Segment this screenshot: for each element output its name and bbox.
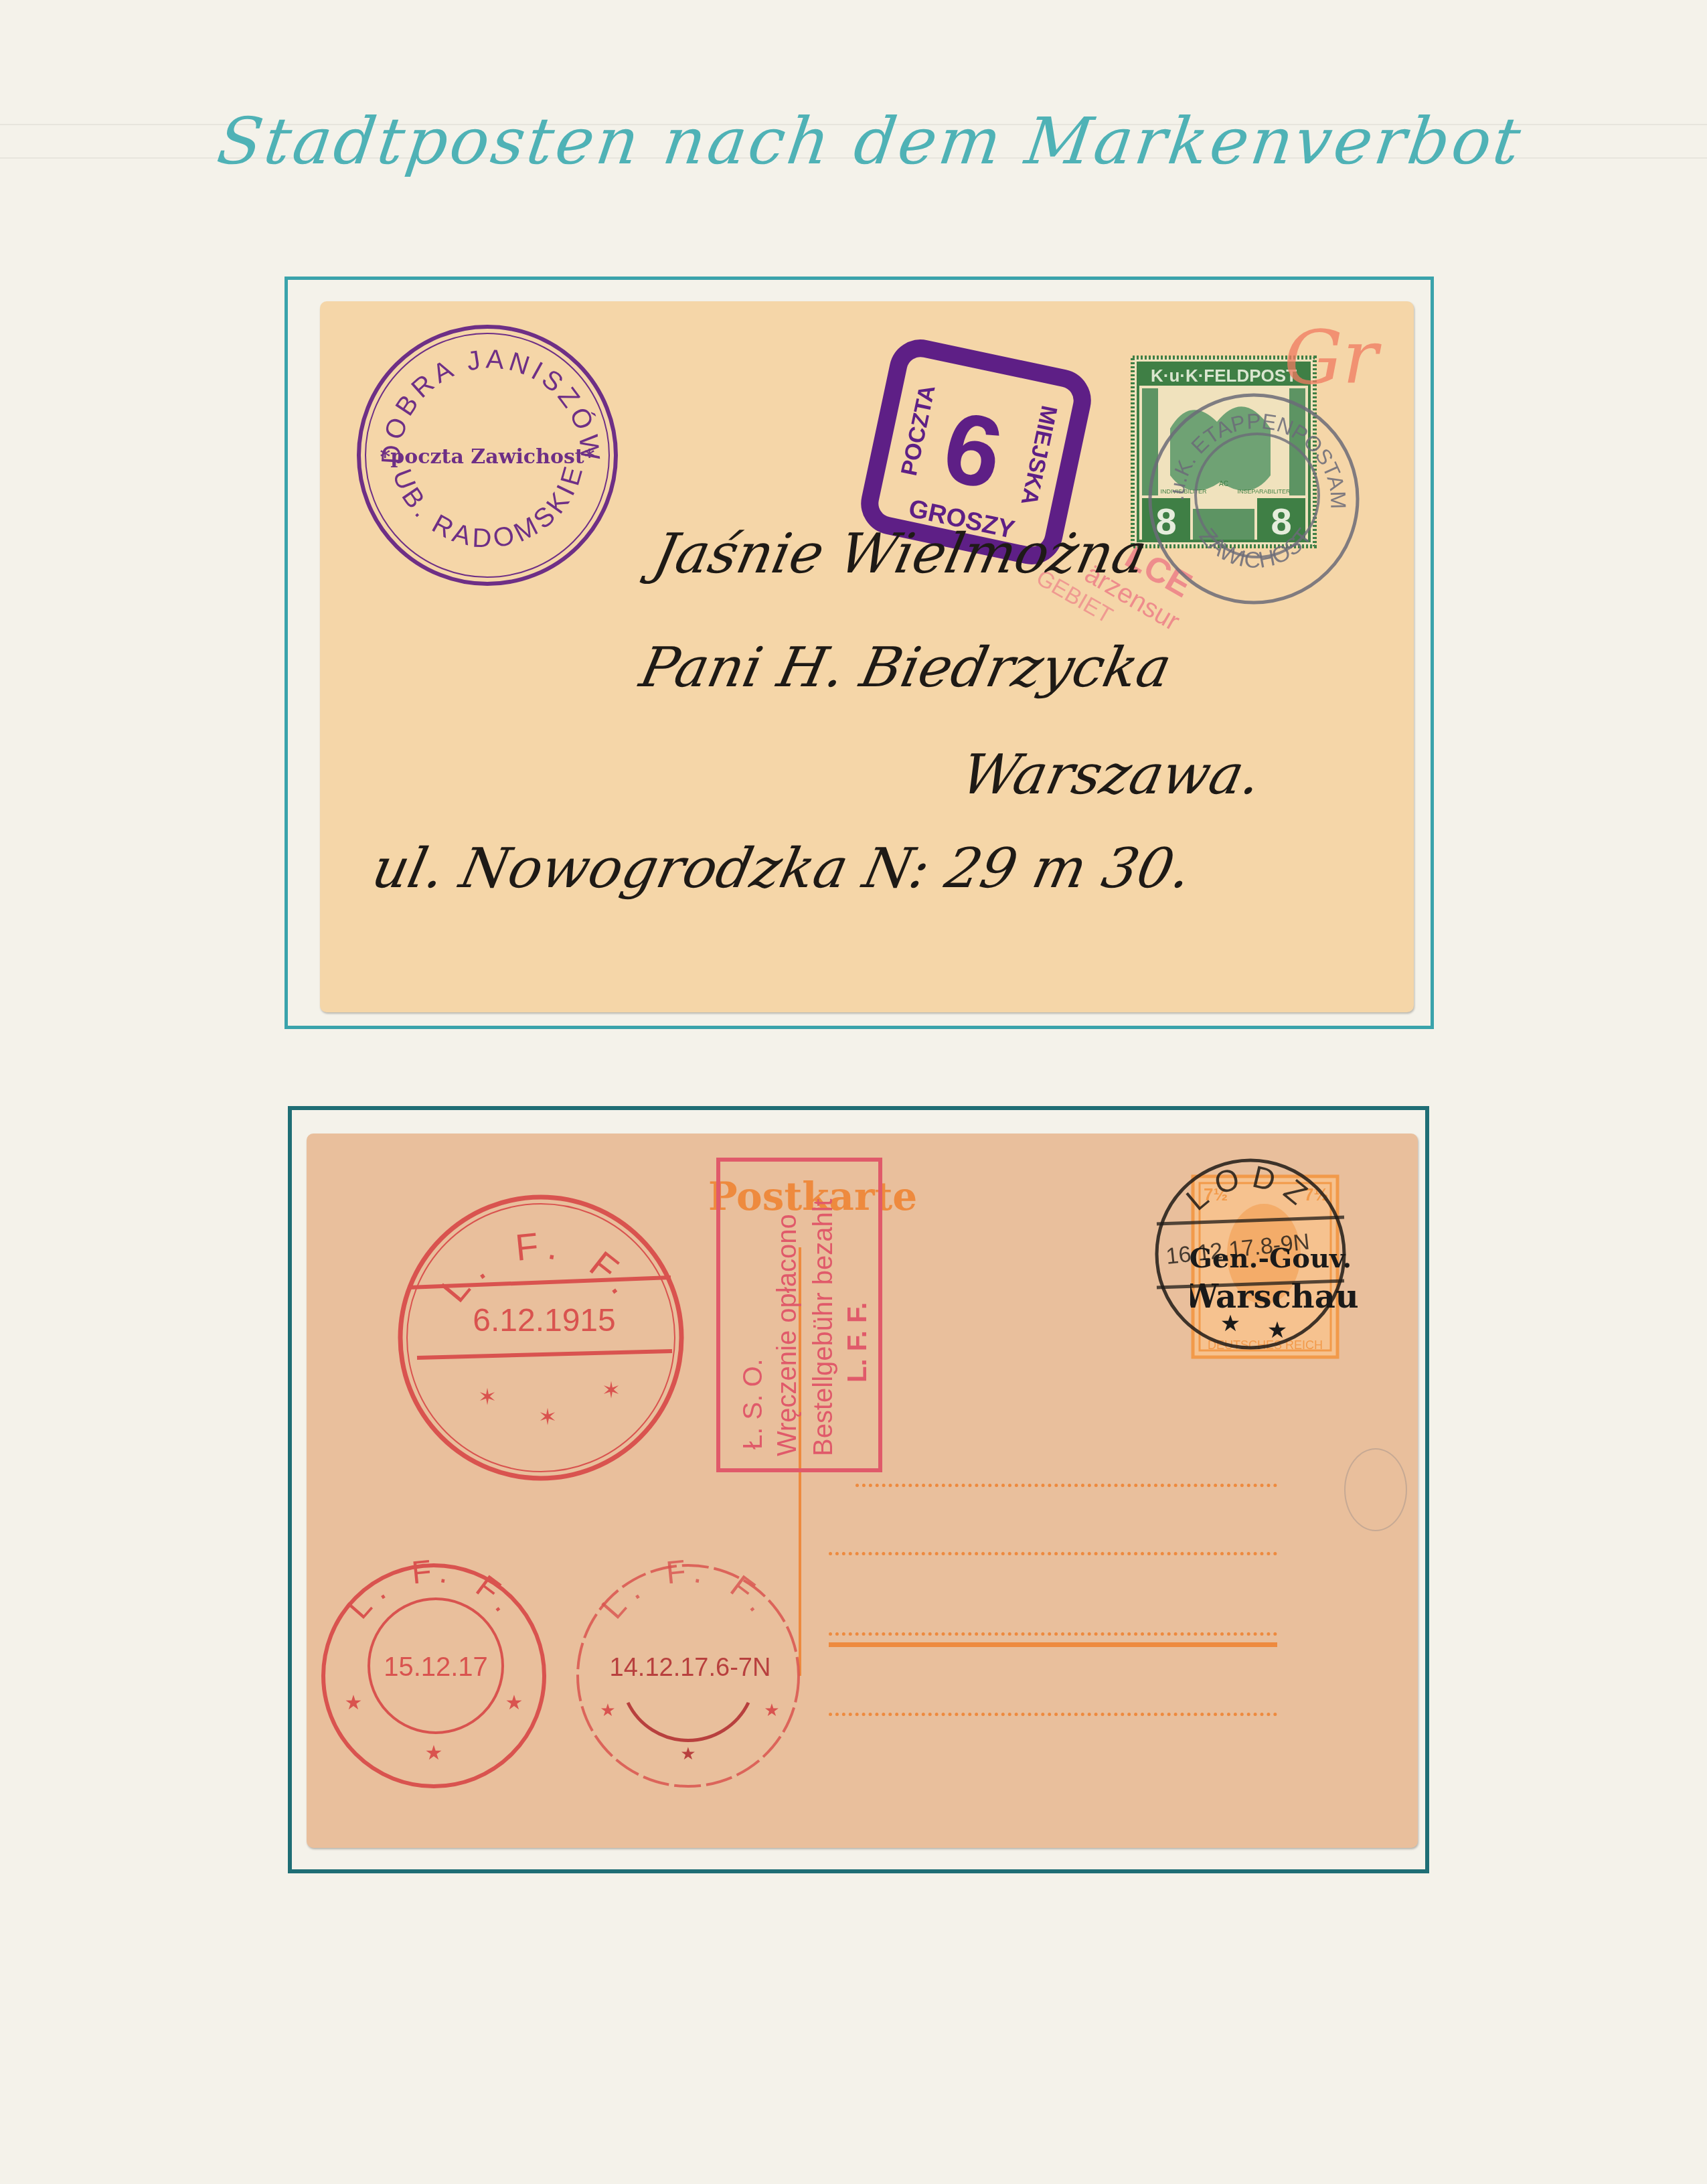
svg-text:✶: ✶ [478,1385,497,1410]
svg-text:L. F. F.: L. F. F. [341,1559,527,1626]
address-line-1 [856,1484,1277,1487]
address-line-1: Jaśnie Wielmożna [648,522,1153,586]
lff-postmark-15-12-17: L. F. F. 15.12.17 ★ ★ ★ [317,1559,558,1800]
etappenpostamt-postmark: K.u.K. ETAPPENPOSTAMT ZAWICHOST [1143,388,1364,609]
svg-text:Ł. S. O.: Ł. S. O. [738,1358,768,1450]
svg-text:L. F. F.: L. F. F. [595,1559,782,1626]
crayon-mark: Gr [1284,315,1378,400]
svg-text:14.12.17.6-7N: 14.12.17.6-7N [610,1654,771,1682]
postcard-feldpost[interactable]: DOBRA JANISZÓW GUB. RADOMSKIEJ *poczta Z… [320,301,1414,1012]
lff-postmark-14-12-17: L. F. F. 14.12.17.6-7N ★ ★ ★ [571,1559,812,1800]
lso-boxed-cachet: Ł. S. O. Wręczenie opłacono Bestellgebüh… [716,1158,882,1472]
svg-text:Bestellgebühr bezahlt: Bestellgebühr bezahlt [809,1198,838,1456]
svg-text:★: ★ [505,1692,523,1714]
svg-text:6.12.1915: 6.12.1915 [473,1303,616,1338]
svg-text:✶: ✶ [602,1378,621,1403]
address-line-3 [829,1632,1277,1636]
svg-text:L. F. F.: L. F. F. [843,1302,872,1383]
svg-text:ZAWICHOST: ZAWICHOST [1194,524,1317,573]
svg-text:★: ★ [345,1692,363,1714]
svg-text:POCZTA: POCZTA [896,383,941,478]
svg-text:15.12.17: 15.12.17 [384,1652,488,1682]
svg-text:★: ★ [764,1700,779,1720]
svg-text:✶: ✶ [538,1405,558,1430]
postcard-gen-gouv-warschau[interactable]: L. F. F. 6.12.1915 ✶ ✶ ✶ Postkarte Ł. S.… [307,1134,1418,1848]
svg-text:★: ★ [600,1700,615,1720]
address-line-solid [829,1642,1277,1647]
estate-cachet: DOBRA JANISZÓW GUB. RADOMSKIEJ *poczta Z… [347,315,628,596]
page-title: Stadtposten nach dem Markenverbot [202,104,1538,179]
svg-text:6: 6 [934,389,1012,511]
svg-text:*poczta Zawichost*: *poczta Zawichost* [380,445,595,469]
address-line-4 [829,1713,1277,1716]
svg-text:K·u·K·FELDPOST: K·u·K·FELDPOST [1151,366,1297,386]
address-line-2: Pani H. Biedrzycka [635,636,1177,700]
address-line-3: Warszawa. [956,743,1267,807]
svg-text:★: ★ [680,1743,696,1764]
lodz-postmark: LODZ 16.12.17.8-9N [1140,1154,1354,1354]
svg-text:Wręczenie opłacono: Wręczenie opłacono [773,1214,802,1456]
svg-text:★: ★ [425,1742,443,1764]
svg-text:L. F. F.: L. F. F. [432,1224,650,1310]
address-line-4: ul. Nowogrodzka N: 29 m 30. [367,837,1198,901]
pencil-circle-mark [1344,1448,1407,1531]
svg-text:16.12.17.8-9N: 16.12.17.8-9N [1165,1229,1311,1269]
lff-postmark-1915: L. F. F. 6.12.1915 ✶ ✶ ✶ [394,1190,688,1485]
address-line-2 [829,1552,1277,1555]
svg-text:LODZ: LODZ [1180,1158,1321,1217]
